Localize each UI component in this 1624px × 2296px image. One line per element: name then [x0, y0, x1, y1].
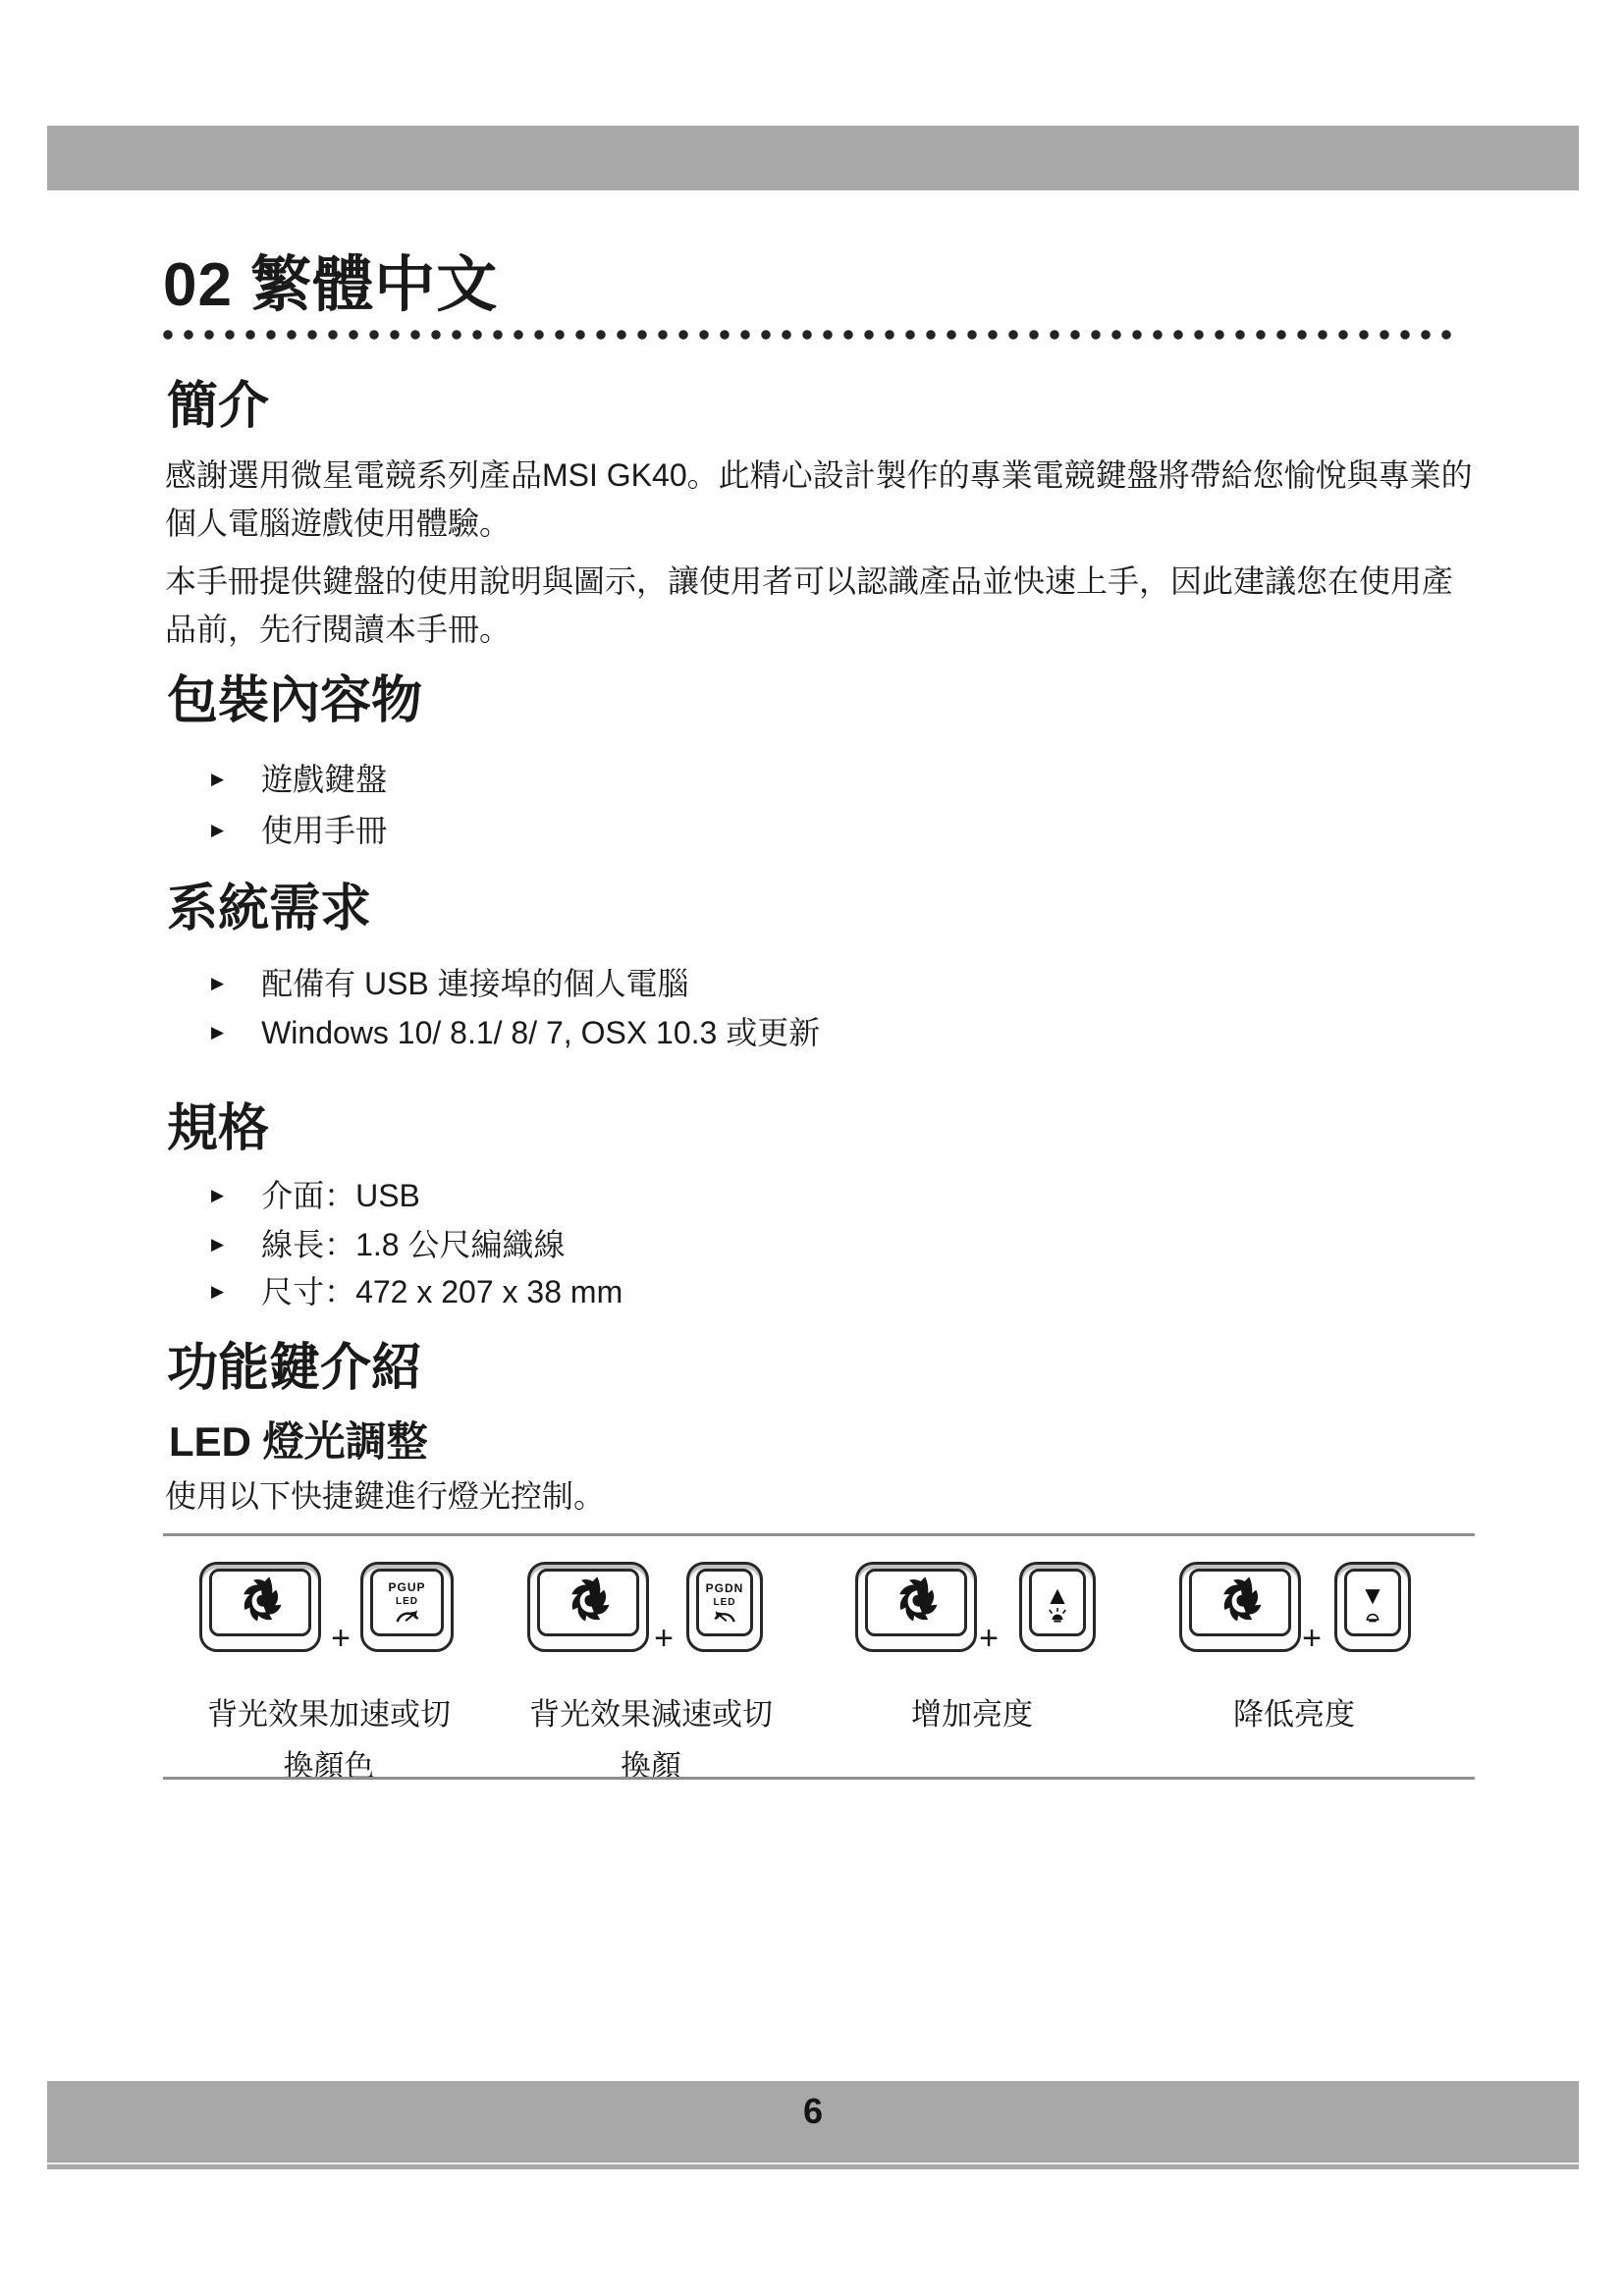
- bullet-triangle-icon: ▶: [211, 758, 224, 801]
- caption-line: 換顏色: [162, 1740, 496, 1792]
- list-item-label: 線長：1.8 公尺編織線: [261, 1223, 565, 1266]
- intro-paragraphs: 感謝選用微星電競系列產品MSI GK40。此精心設計製作的專業電競鍵盤將帶給您愉…: [165, 452, 1481, 654]
- list-item: ▶ 線長：1.8 公尺編織線: [211, 1223, 565, 1266]
- brightness-lamp-icon: [1047, 1608, 1068, 1623]
- caption-line: 背光效果減速或切: [484, 1688, 818, 1740]
- bullet-triangle-icon: ▶: [211, 1174, 224, 1217]
- brightness-up-key: ▲: [1019, 1562, 1096, 1652]
- pgdn-led-key: PGDN LED: [686, 1562, 763, 1652]
- section-heading-package-contents: 包裝內容物: [167, 673, 422, 728]
- pgdn-key-label: PGDN: [706, 1582, 744, 1595]
- list-item: ▶ 遊戲鍵盤: [211, 758, 387, 801]
- caption-line: 換顏: [484, 1740, 818, 1792]
- caption-line: 增加亮度: [805, 1688, 1139, 1740]
- led-description: 使用以下快捷鍵進行燈光控制。: [165, 1472, 1245, 1521]
- speed-up-gauge-icon: [393, 1607, 422, 1624]
- caption-line: 降低亮度: [1127, 1688, 1461, 1740]
- msi-dragon-logo-icon: [1189, 1569, 1291, 1636]
- plus-sign: +: [642, 1620, 685, 1658]
- brightness-up-key-face: ▲: [1029, 1569, 1086, 1636]
- bullet-triangle-icon: ▶: [211, 809, 224, 852]
- msi-dragon-logo-icon: [209, 1569, 311, 1636]
- msi-dragon-key: [1179, 1562, 1301, 1652]
- page-title: 02 繁體中文: [163, 236, 498, 323]
- msi-dragon-key: [527, 1562, 649, 1652]
- led-key-label: LED: [714, 1597, 736, 1608]
- pgup-led-key: PGUP LED: [360, 1562, 454, 1652]
- arrow-up-icon: ▲: [1045, 1582, 1070, 1608]
- dotted-divider: [163, 328, 1461, 342]
- list-item-label: 遊戲鍵盤: [261, 758, 387, 801]
- intro-paragraph-1: 感謝選用微星電競系列產品MSI GK40。此精心設計製作的專業電競鍵盤將帶給您愉…: [165, 452, 1481, 548]
- brightness-down-key-face: ▼: [1344, 1569, 1401, 1636]
- key-combo-caption: 增加亮度: [805, 1688, 1139, 1740]
- list-item: ▶ 尺寸：472 x 207 x 38 mm: [211, 1270, 623, 1313]
- page-number: 6: [47, 2091, 1579, 2132]
- caption-line: 背光效果加速或切: [162, 1688, 496, 1740]
- bullet-triangle-icon: ▶: [211, 1223, 224, 1266]
- msi-dragon-logo-icon: [865, 1569, 967, 1636]
- pgup-led-key-face: PGUP LED: [370, 1569, 444, 1636]
- msi-dragon-key: [199, 1562, 321, 1652]
- msi-dragon-logo-icon: [537, 1569, 639, 1636]
- section-heading-system-requirements: 系統需求: [167, 881, 371, 936]
- section-heading-specifications: 規格: [167, 1101, 269, 1156]
- list-item-label: 配備有 USB 連接埠的個人電腦: [261, 962, 689, 1005]
- manual-page: 02 繁體中文 簡介 感謝選用微星電競系列產品MSI GK40。此精心設計製作的…: [0, 0, 1624, 2296]
- bullet-triangle-icon: ▶: [211, 962, 224, 1005]
- list-item-label: 使用手冊: [261, 809, 387, 852]
- bullet-triangle-icon: ▶: [211, 1270, 224, 1313]
- subsection-heading-led: LED 燈光調整: [169, 1410, 428, 1468]
- arrow-down-icon: ▼: [1360, 1582, 1385, 1608]
- list-item: ▶ 使用手冊: [211, 809, 387, 852]
- key-combo-caption: 降低亮度: [1127, 1688, 1461, 1740]
- list-item-label: Windows 10/ 8.1/ 8/ 7, OSX 10.3 或更新: [261, 1011, 820, 1054]
- pgdn-led-key-face: PGDN LED: [696, 1569, 753, 1636]
- section-heading-intro: 簡介: [167, 379, 269, 434]
- section-heading-function-keys: 功能鍵介紹: [167, 1341, 422, 1396]
- plus-sign: +: [1290, 1620, 1333, 1658]
- pgup-key-label: PGUP: [388, 1581, 425, 1594]
- list-item: ▶ Windows 10/ 8.1/ 8/ 7, OSX 10.3 或更新: [211, 1011, 820, 1054]
- list-item-label: 尺寸：472 x 207 x 38 mm: [261, 1270, 623, 1313]
- figure-top-rule: [163, 1533, 1475, 1536]
- led-key-label: LED: [396, 1596, 418, 1607]
- list-item: ▶ 介面：USB: [211, 1174, 420, 1217]
- plus-sign: +: [967, 1620, 1010, 1658]
- msi-dragon-key: [855, 1562, 977, 1652]
- plus-sign: +: [319, 1620, 362, 1658]
- brightness-down-key: ▼: [1334, 1562, 1411, 1652]
- intro-paragraph-2: 本手冊提供鍵盤的使用說明與圖示，讓使用者可以認識產品並快速上手，因此建議您在使用…: [165, 558, 1481, 654]
- speed-down-gauge-icon: [711, 1608, 738, 1624]
- header-bar: [47, 126, 1579, 190]
- figure-bottom-rule: [163, 1777, 1475, 1780]
- list-item: ▶ 配備有 USB 連接埠的個人電腦: [211, 962, 689, 1005]
- list-item-label: 介面：USB: [261, 1174, 420, 1217]
- brightness-lamp-outline-icon: [1362, 1608, 1383, 1623]
- bullet-triangle-icon: ▶: [211, 1011, 224, 1054]
